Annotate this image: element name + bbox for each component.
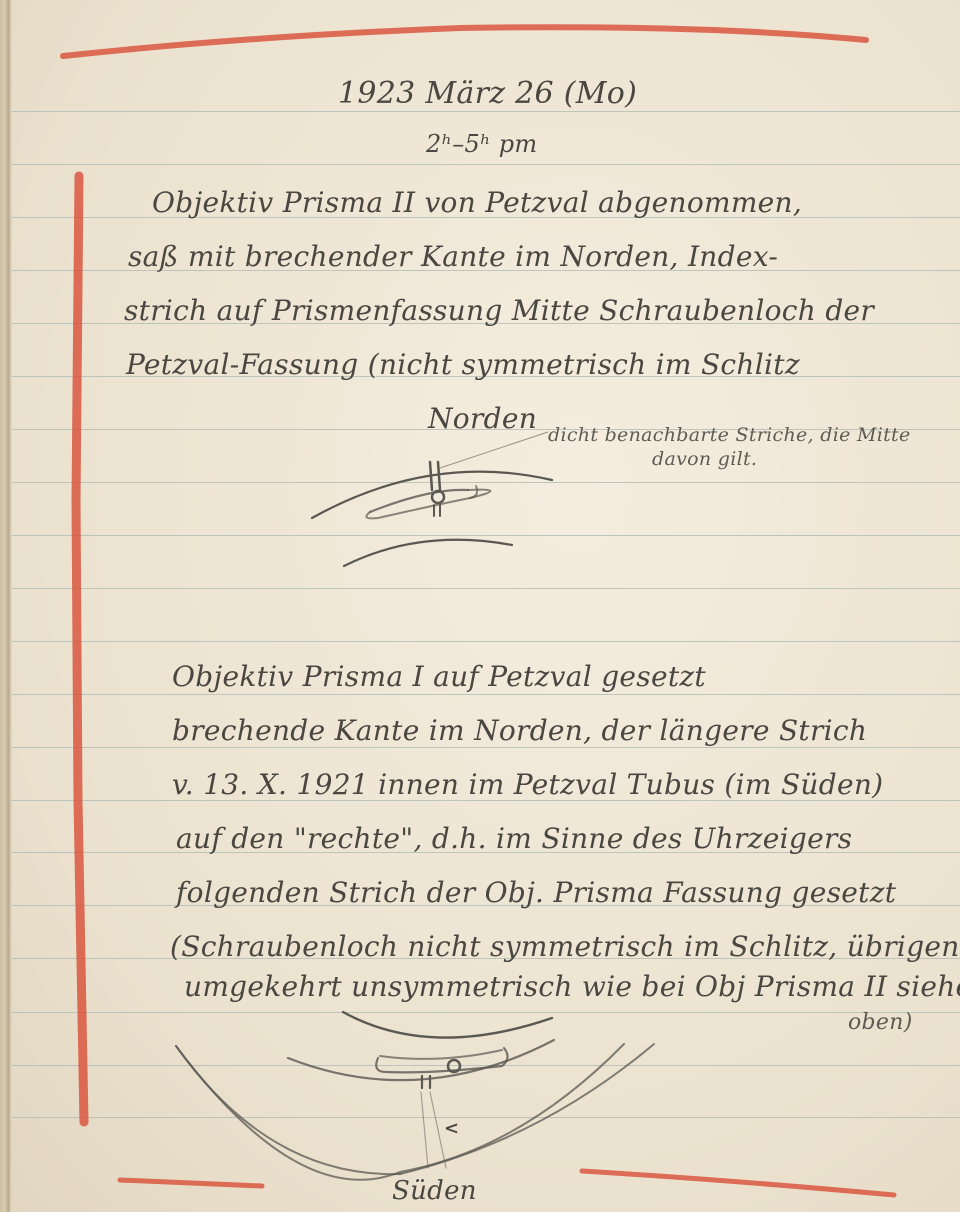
- ruled-line: [12, 1117, 960, 1118]
- sketch2-marker: <: [444, 1118, 459, 1139]
- ruled-line: [12, 1012, 960, 1013]
- ruled-line: [12, 641, 960, 642]
- entry1-line-4: Petzval-Fassung (nicht symmetrisch im Sc…: [126, 348, 800, 381]
- entry2-closing: oben): [848, 1010, 913, 1035]
- sketch1-annotation-2: davon gilt.: [652, 448, 757, 470]
- notebook-page: 1923 März 26 (Mo) 2ʰ–5ʰ pm Objektiv Pris…: [0, 0, 960, 1212]
- entry2-line-4: auf den "rechte", d.h. im Sinne des Uhrz…: [176, 822, 852, 855]
- entry2-line-6: (Schraubenloch nicht symmetrisch im Schl…: [170, 930, 960, 963]
- entry-date: 1923 März 26 (Mo): [338, 76, 637, 111]
- ruled-line: [12, 1065, 960, 1066]
- sketch2-label-south: Süden: [392, 1176, 477, 1206]
- prism-mount-sketch-south: [0, 0, 960, 1212]
- entry1-line-2: saß mit brechender Kante im Norden, Inde…: [128, 240, 778, 273]
- entry1-line-1: Objektiv Prisma II von Petzval abgenomme…: [152, 186, 802, 219]
- ruled-line: [12, 164, 960, 165]
- ruled-line: [12, 535, 960, 536]
- sketch1-annotation-1: dicht benachbarte Striche, die Mitte: [548, 424, 911, 446]
- ruled-line: [12, 694, 960, 695]
- entry1-line-3: strich auf Prismenfassung Mitte Schraube…: [124, 294, 874, 327]
- prism-mount-sketch-north: [0, 0, 960, 1212]
- ruled-line: [12, 482, 960, 483]
- ruled-line: [12, 588, 960, 589]
- entry2-line-1: Objektiv Prisma I auf Petzval gesetzt: [172, 660, 706, 693]
- ruled-line: [12, 111, 960, 112]
- entry2-line-2: brechende Kante im Norden, der längere S…: [172, 714, 867, 747]
- page-binding-edge: [0, 0, 12, 1212]
- entry2-line-5: folgenden Strich der Obj. Prisma Fassung…: [176, 876, 896, 909]
- entry2-line-3: v. 13. X. 1921 innen im Petzval Tubus (i…: [172, 768, 883, 801]
- entry-time: 2ʰ–5ʰ pm: [426, 130, 537, 158]
- entry2-line-7: umgekehrt unsymmetrisch wie bei Obj Pris…: [184, 970, 960, 1003]
- sketch1-label-north: Norden: [428, 402, 537, 435]
- red-pencil-marks: [0, 0, 960, 1212]
- ruled-line: [12, 747, 960, 748]
